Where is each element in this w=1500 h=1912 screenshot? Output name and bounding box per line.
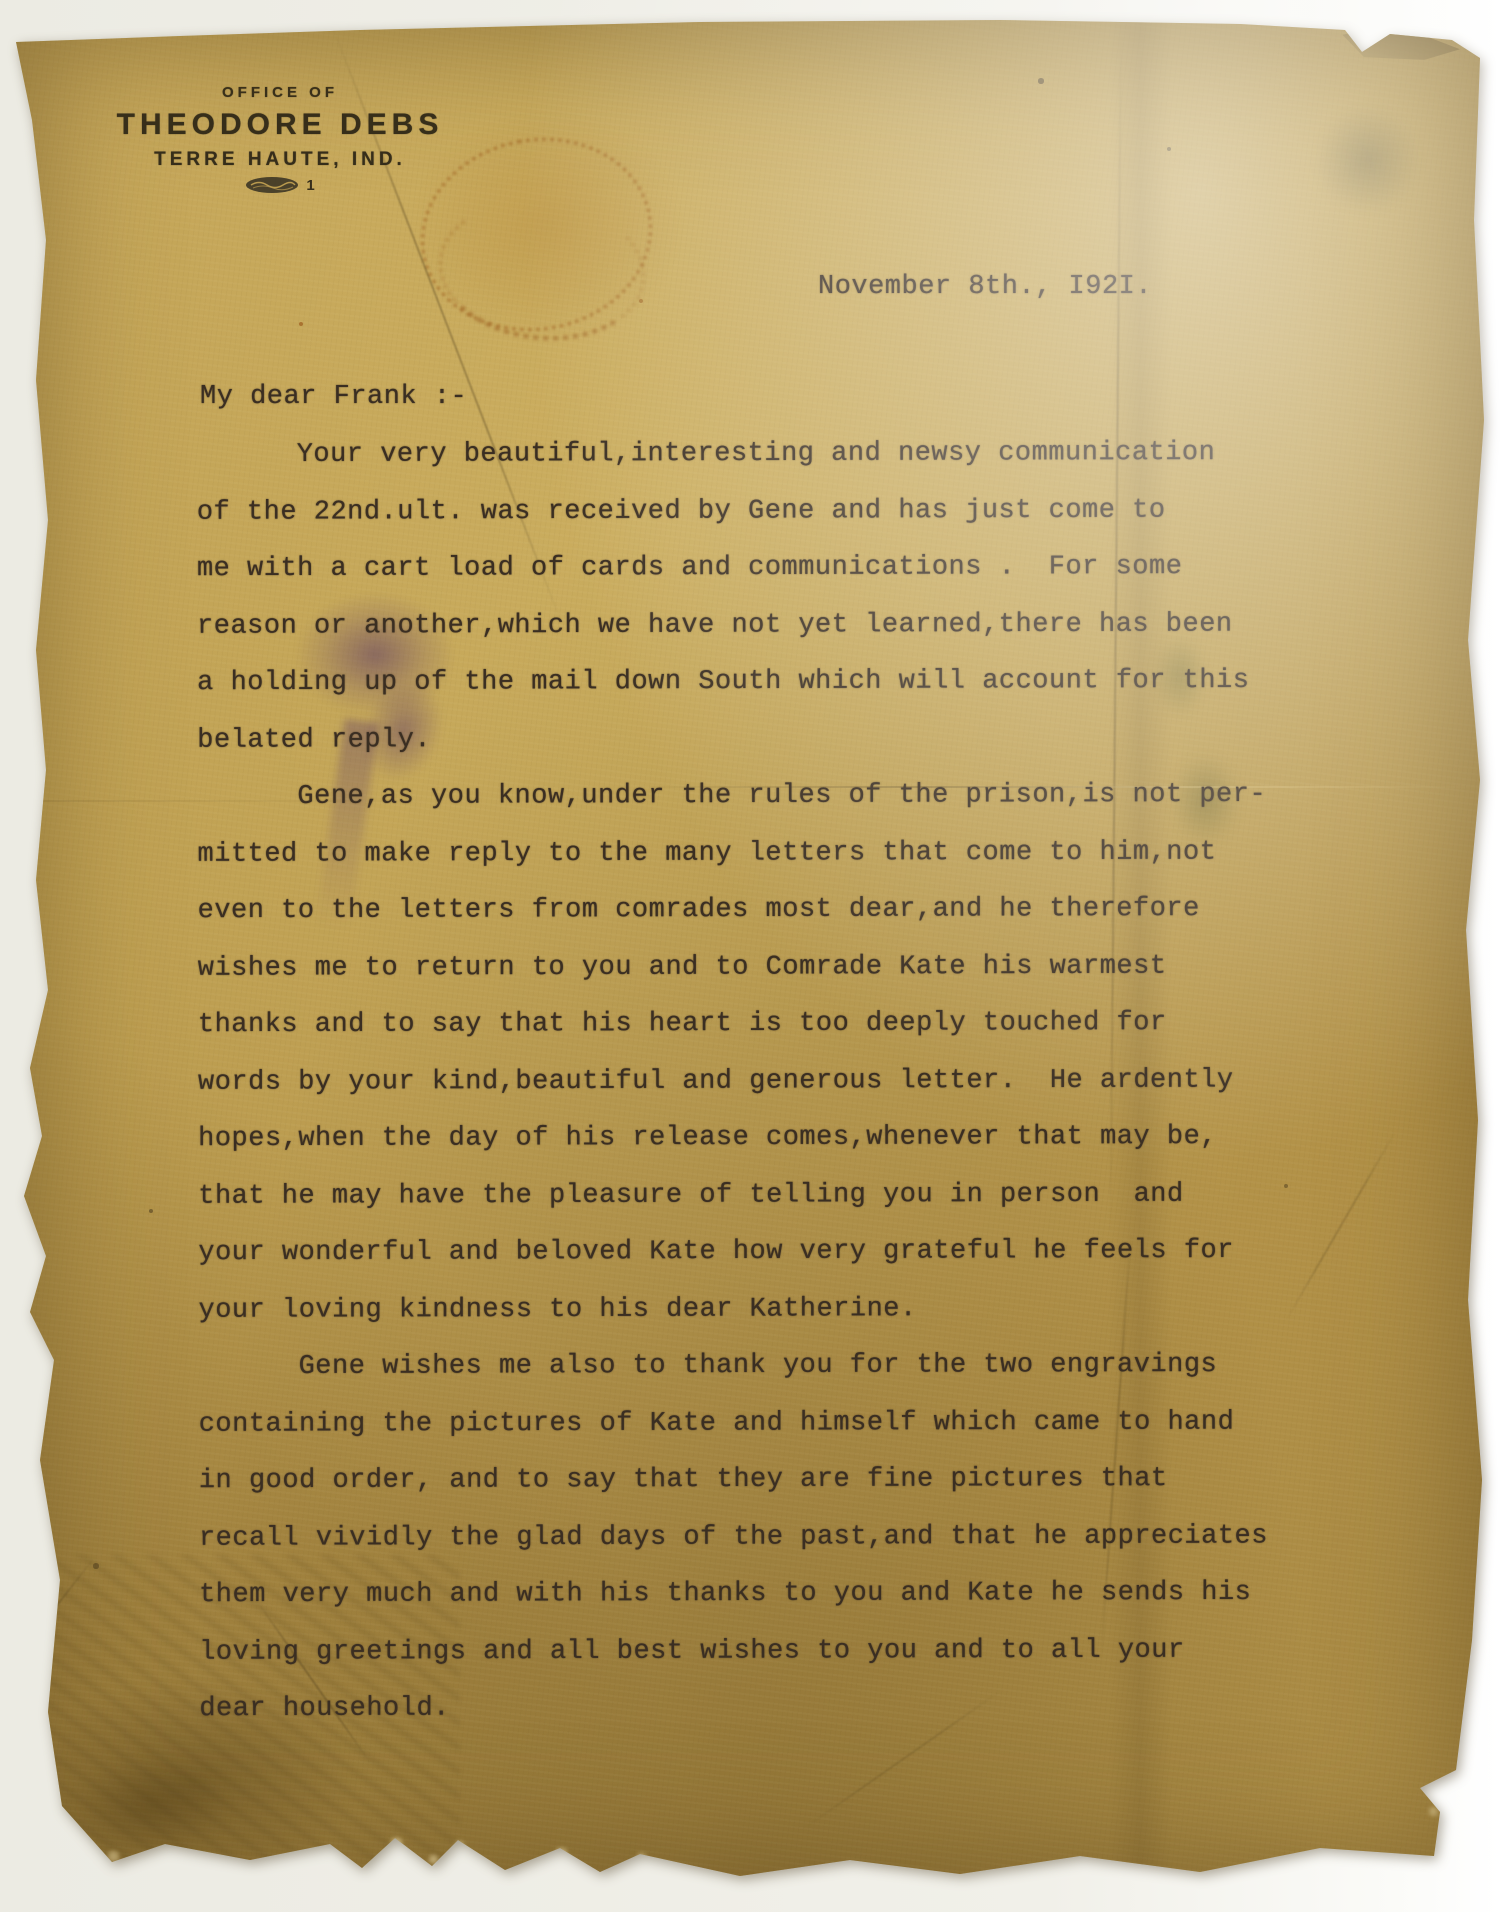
typed-line: belated reply.: [197, 710, 1307, 769]
torn-edge-fibers: [0, 0, 3, 3]
paper-shadow-wrap: OFFICE OF THEODORE DEBS TERRE HAUTE, IND…: [0, 0, 1500, 1912]
letterhead-office-of: OFFICE OF: [96, 84, 464, 101]
letterhead-city: TERRE HAUTE, IND.: [96, 149, 464, 171]
typed-line: Gene,as you know,under the rules of the …: [197, 767, 1307, 826]
letterhead: OFFICE OF THEODORE DEBS TERRE HAUTE, IND…: [96, 84, 464, 194]
smudge-top-right: [1295, 85, 1440, 235]
typed-line: Your very beautiful,interesting and news…: [197, 425, 1307, 484]
typed-line: your loving kindness to his dear Katheri…: [198, 1280, 1308, 1339]
typed-line: that he may have the pleasure of telling…: [198, 1166, 1308, 1225]
crease-crumple-1: [0, 1555, 97, 1737]
typed-line: a holding up of the mail down South whic…: [197, 653, 1307, 712]
date-line: November 8th., I92I.: [818, 272, 1152, 302]
typed-line: reason or another,which we have not yet …: [197, 596, 1307, 655]
typed-line: Gene wishes me also to thank you for the…: [199, 1337, 1309, 1396]
typed-line: recall vividly the glad days of the past…: [199, 1508, 1309, 1567]
typed-line: words by your kind,beautiful and generou…: [198, 1052, 1308, 1111]
typed-line: hopes,when the day of his release comes,…: [198, 1109, 1308, 1168]
typed-line: them very much and with his thanks to yo…: [199, 1565, 1309, 1624]
scanned-letter-page: OFFICE OF THEODORE DEBS TERRE HAUTE, IND…: [0, 0, 1500, 1912]
typed-line: dear household.: [199, 1679, 1309, 1738]
letterhead-name: THEODORE DEBS: [96, 108, 464, 142]
rust-stain-ring-arc: [431, 190, 652, 351]
typed-line: your wonderful and beloved Kate how very…: [198, 1223, 1308, 1282]
salutation: My dear Frank :-: [200, 382, 467, 412]
letter-paper: OFFICE OF THEODORE DEBS TERRE HAUTE, IND…: [0, 0, 1500, 1912]
paper-specks: [0, 0, 2, 2]
typed-line: in good order, and to say that they are …: [199, 1451, 1309, 1510]
typed-line: me with a cart load of cards and communi…: [197, 539, 1307, 598]
typed-line: loving greetings and all best wishes to …: [199, 1622, 1309, 1681]
typed-line: wishes me to return to you and to Comrad…: [198, 938, 1308, 997]
letter-body: Your very beautiful,interesting and news…: [197, 425, 1310, 1738]
dog-ear-fold-top-right: [1340, 24, 1460, 60]
typed-line: of the 22nd.ult. was received by Gene an…: [197, 482, 1307, 541]
typed-line: mitted to make reply to the many letters…: [197, 824, 1307, 883]
typed-line: containing the pictures of Kate and hims…: [199, 1394, 1309, 1453]
typed-line: even to the letters from comrades most d…: [198, 881, 1308, 940]
letterhead-union-row: 1: [96, 176, 464, 194]
stain-bottom-left: [46, 1742, 256, 1872]
union-label-icon: [245, 176, 299, 194]
union-label-number: 1: [306, 177, 314, 194]
crease-crumple-3: [0, 1680, 61, 1743]
typed-line: thanks and to say that his heart is too …: [198, 995, 1308, 1054]
